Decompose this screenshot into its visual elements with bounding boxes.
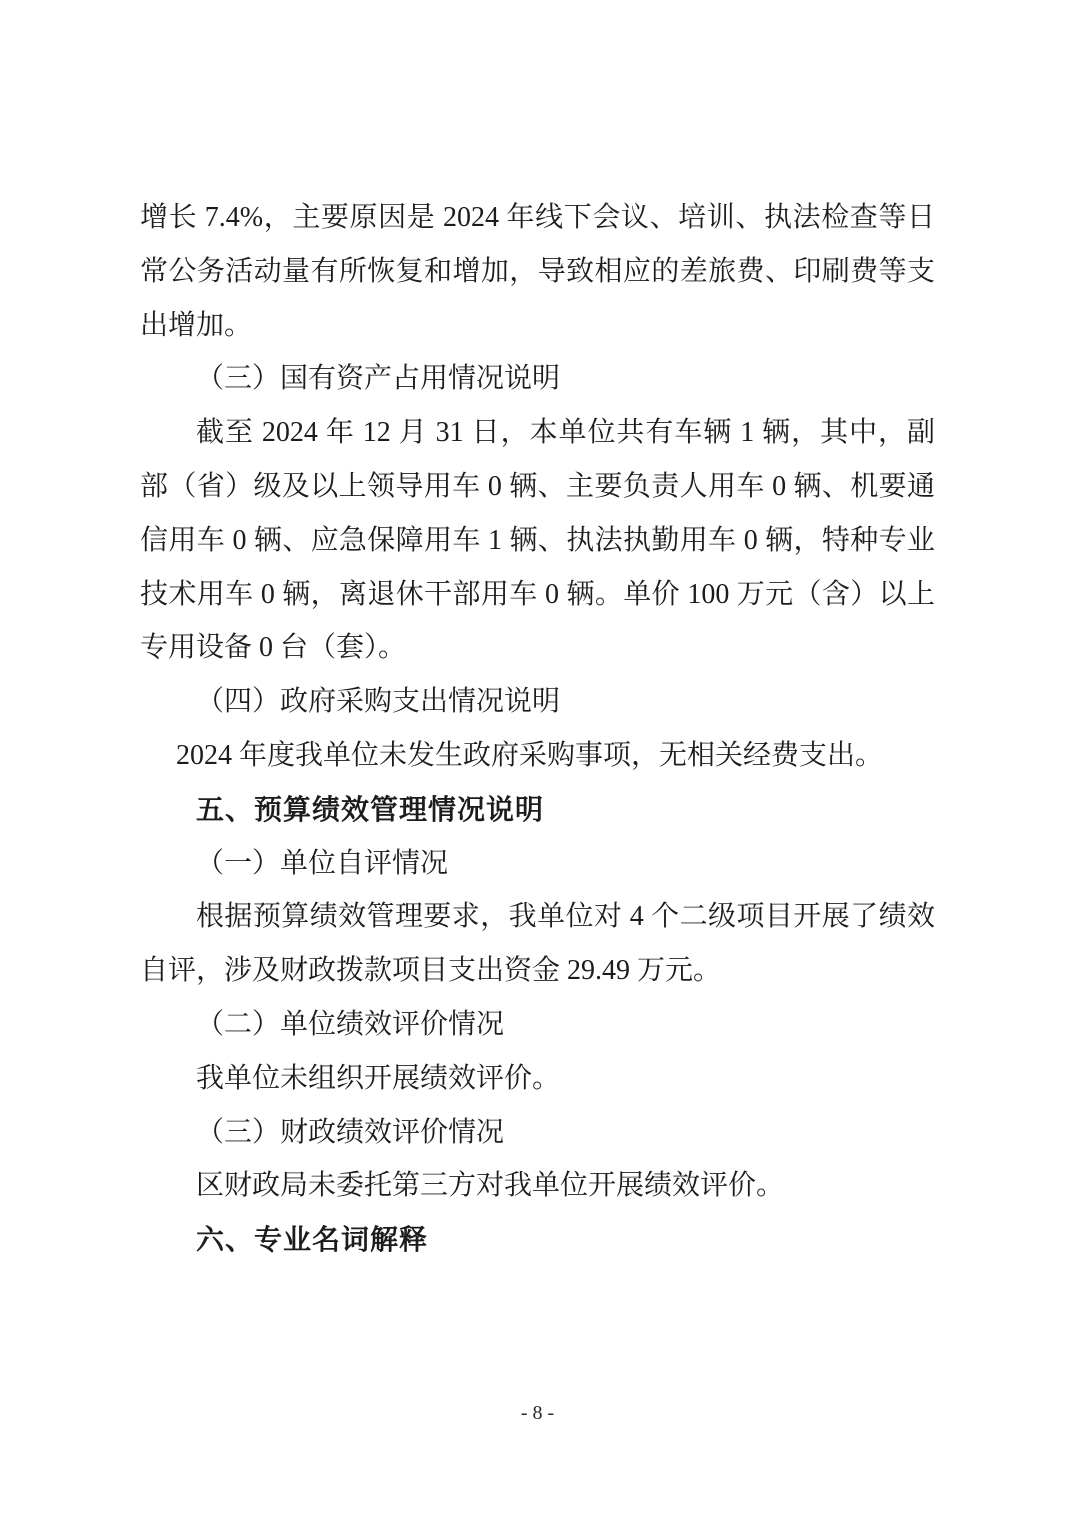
subsection-heading-unit-eval: （二）单位绩效评价情况 xyxy=(140,998,935,1052)
paragraph-line: 根据预算绩效管理要求，我单位对 4 个二级项目开展了绩效 xyxy=(140,890,935,944)
paragraph-line: 截至 2024 年 12 月 31 日，本单位共有车辆 1 辆，其中，副 xyxy=(140,406,935,460)
paragraph-line: 区财政局未委托第三方对我单位开展绩效评价。 xyxy=(140,1159,935,1213)
paragraph-line: 常公务活动量有所恢复和增加，导致相应的差旅费、印刷费等支 xyxy=(140,245,935,299)
paragraph-line: 部（省）级及以上领导用车 0 辆、主要负责人用车 0 辆、机要通 xyxy=(140,460,935,514)
paragraph-line: 信用车 0 辆、应急保障用车 1 辆、执法执勤用车 0 辆，特种专业 xyxy=(140,514,935,568)
document-text-block: 增长 7.4%，主要原因是 2024 年线下会议、培训、执法检查等日 常公务活动… xyxy=(140,191,935,1267)
subsection-heading-state-assets: （三）国有资产占用情况说明 xyxy=(140,352,935,406)
subsection-heading-self-eval: （一）单位自评情况 xyxy=(140,837,935,891)
paragraph-line: 出增加。 xyxy=(140,299,935,353)
subsection-heading-fiscal-eval: （三）财政绩效评价情况 xyxy=(140,1106,935,1160)
subsection-heading-procurement: （四）政府采购支出情况说明 xyxy=(140,675,935,729)
section-heading-glossary: 六、专业名词解释 xyxy=(140,1213,935,1267)
paragraph-line: 增长 7.4%，主要原因是 2024 年线下会议、培训、执法检查等日 xyxy=(140,191,935,245)
section-heading-performance: 五、预算绩效管理情况说明 xyxy=(140,783,935,837)
paragraph-line: 专用设备 0 台（套）。 xyxy=(140,621,935,675)
page-number: - 8 - xyxy=(0,1402,1075,1425)
paragraph-line: 2024 年度我单位未发生政府采购事项，无相关经费支出。 xyxy=(140,729,935,783)
paragraph-line: 我单位未组织开展绩效评价。 xyxy=(140,1052,935,1106)
document-page: 增长 7.4%，主要原因是 2024 年线下会议、培训、执法检查等日 常公务活动… xyxy=(0,0,1075,1520)
paragraph-line: 自评，涉及财政拨款项目支出资金 29.49 万元。 xyxy=(140,944,935,998)
paragraph-line: 技术用车 0 辆，离退休干部用车 0 辆。单价 100 万元（含）以上 xyxy=(140,568,935,622)
